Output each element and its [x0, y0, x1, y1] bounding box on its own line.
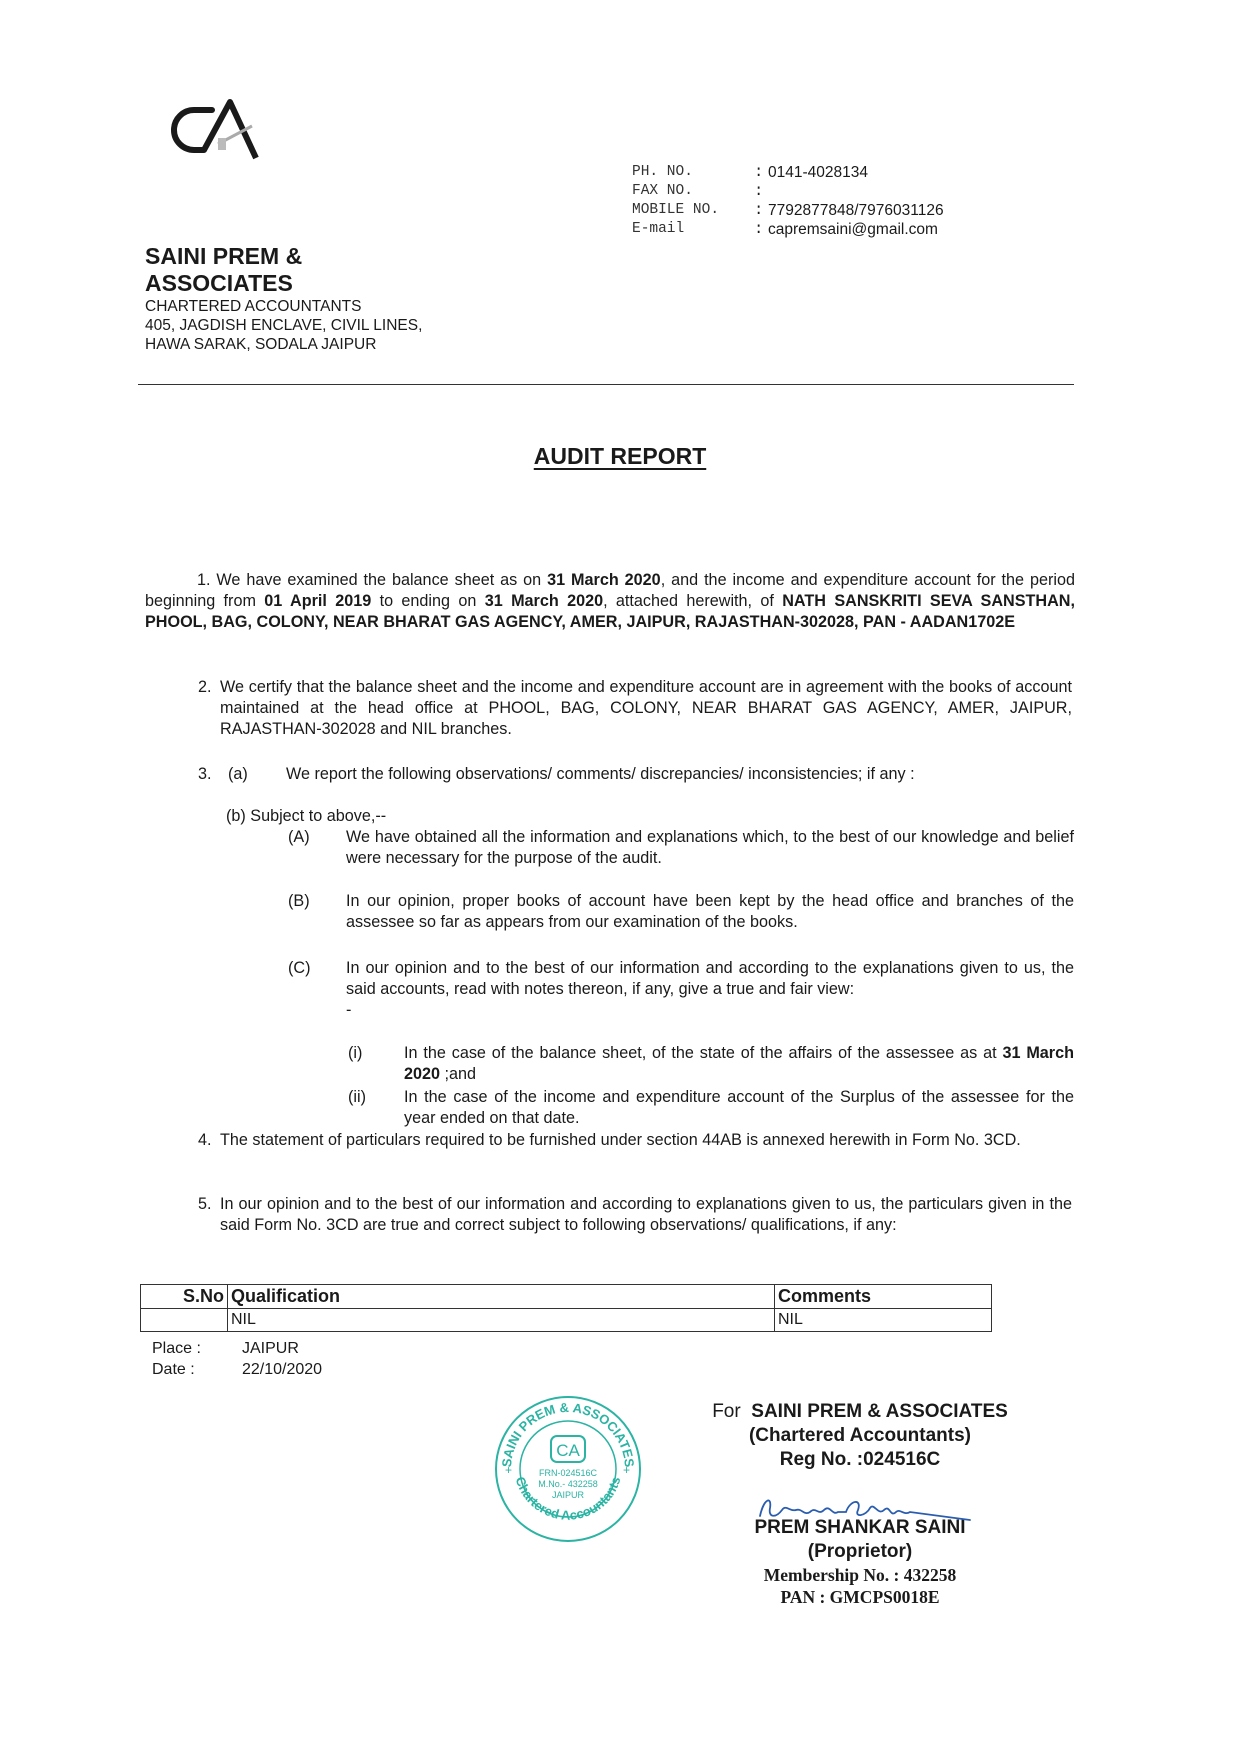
qualifications-table: S.No Qualification Comments NIL NIL: [140, 1284, 992, 1332]
firm-block: SAINI PREM & ASSOCIATES CHARTERED ACCOUN…: [145, 243, 422, 354]
firm-address-line1: 405, JAGDISH ENCLAVE, CIVIL LINES,: [145, 316, 422, 335]
paragraph-C: (C) In our opinion and to the best of ou…: [288, 958, 1074, 1021]
firm-name-line1: SAINI PREM &: [145, 243, 422, 270]
ca-logo-icon: [160, 88, 290, 178]
paragraph-1: 1. We have examined the balance sheet as…: [145, 570, 1075, 633]
svg-text:CA: CA: [556, 1441, 580, 1460]
handwritten-signature: [750, 1488, 1000, 1528]
paragraph-A: (A) We have obtained all the information…: [288, 827, 1074, 869]
paragraph-B: (B) In our opinion, proper books of acco…: [288, 891, 1074, 933]
firm-address-line2: HAWA SARAK, SODALA JAIPUR: [145, 335, 422, 354]
svg-text:+: +: [623, 1463, 630, 1477]
paragraph-ii: (ii) In the case of the income and expen…: [348, 1087, 1074, 1129]
contact-fax: FAX NO. :: [632, 182, 944, 201]
contact-phone: PH. NO. : 0141-4028134: [632, 163, 944, 182]
col-comments: Comments: [775, 1285, 992, 1309]
firm-seal-stamp: SAINI PREM & ASSOCIATES Chartered Accoun…: [493, 1394, 643, 1544]
paragraph-i: (i) In the case of the balance sheet, of…: [348, 1043, 1074, 1085]
page-title: AUDIT REPORT: [0, 443, 1240, 470]
col-qualification: Qualification: [228, 1285, 775, 1309]
place-date: Place :JAIPUR Date :22/10/2020: [152, 1338, 322, 1380]
svg-text:FRN-024516C: FRN-024516C: [539, 1468, 598, 1478]
paragraph-3b-lead: (b) Subject to above,--: [226, 806, 386, 827]
table-row: NIL NIL: [141, 1309, 992, 1332]
header-divider: [138, 384, 1074, 385]
table-header-row: S.No Qualification Comments: [141, 1285, 992, 1309]
firm-type: CHARTERED ACCOUNTANTS: [145, 297, 422, 316]
svg-text:JAIPUR: JAIPUR: [552, 1490, 585, 1500]
paragraph-5: 5. In our opinion and to the best of our…: [198, 1194, 1072, 1236]
paragraph-2: 2. We certify that the balance sheet and…: [198, 677, 1072, 740]
paragraph-4: 4. The statement of particulars required…: [198, 1130, 1072, 1151]
svg-text:M.No.- 432258: M.No.- 432258: [538, 1479, 598, 1489]
contact-email: E-mail : capremsaini@gmail.com: [632, 220, 944, 239]
firm-name-line2: ASSOCIATES: [145, 270, 422, 297]
contact-mobile: MOBILE NO. : 7792877848/7976031126: [632, 201, 944, 220]
col-sno: S.No: [141, 1285, 228, 1309]
svg-text:+: +: [505, 1463, 512, 1477]
contact-block: PH. NO. : 0141-4028134 FAX NO. : MOBILE …: [632, 163, 944, 239]
